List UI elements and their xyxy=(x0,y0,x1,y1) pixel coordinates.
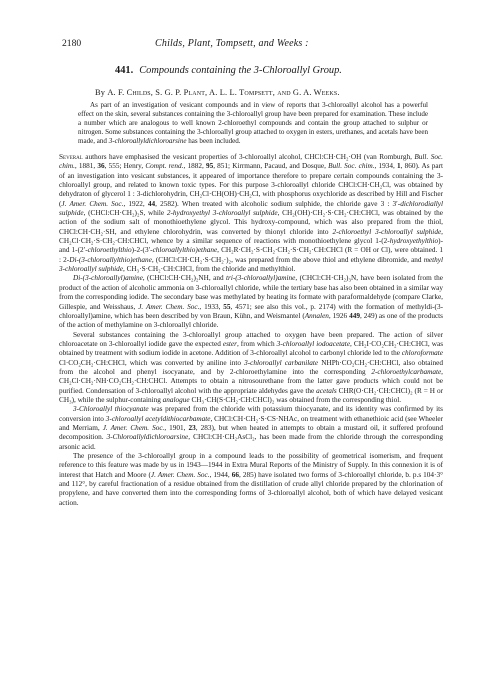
text: authors have emphasised the vesicant pro… xyxy=(83,153,415,161)
text: )-2-(3′- xyxy=(132,246,153,254)
byline-authors: A. F. Childs, S. G. P. Plant, A. L. L. T… xyxy=(107,88,339,97)
paragraph-1: Several authors have emphasised the vesi… xyxy=(59,153,443,274)
compound-name: 3-chloroallyl acetyldithiocarbamate xyxy=(106,415,211,423)
journal-ref: Compt. rend. xyxy=(145,162,183,170)
page-number: 2180 xyxy=(62,38,81,49)
compound-name: analogue xyxy=(163,396,190,404)
text: , 1934, xyxy=(375,162,397,170)
volume: 66 xyxy=(232,471,239,479)
journal-ref: J. Amer. Chem. Soc. xyxy=(61,200,123,208)
text: , 1933, xyxy=(199,303,223,311)
text: , 1944, xyxy=(210,471,232,479)
compound-name: 2-chloroethylcarbamate xyxy=(371,368,441,376)
byline: By A. F. Childs, S. G. P. Plant, A. L. L… xyxy=(95,88,340,97)
journal-ref: J. Amer. Chem. Soc. xyxy=(103,424,165,432)
text: , 1881, xyxy=(75,162,97,170)
running-head: 2180 Childs, Plant, Tompsett, and Weeks … xyxy=(59,38,443,52)
text: , 1926 xyxy=(329,312,349,320)
text: , 1901, xyxy=(164,424,188,432)
compound-name: chloroethylthio xyxy=(88,246,132,254)
volume: 55 xyxy=(223,303,230,311)
text: CH₃·CH(S·CH₂·CH:CHCl)₂ was obtained from… xyxy=(190,396,401,404)
abstract: As part of an investigation of vesicant … xyxy=(78,101,428,146)
text: , (CHCl:CH·CH₂)₂NH, and xyxy=(143,274,226,282)
text: cyanate, and by 2-chloroethylamine into … xyxy=(171,368,372,376)
compound-name: 3-Chloroallyl thiocyanate xyxy=(73,405,149,413)
journal-ref: Annalen xyxy=(305,312,329,320)
abstract-text-end: has been included. xyxy=(187,137,241,145)
abstract-paragraph: As part of an investigation of vesicant … xyxy=(78,101,428,146)
compound-name: acetals xyxy=(316,387,337,395)
text: Cl·CO₂CH₂·CH:CHCl, which was converted b… xyxy=(59,359,244,367)
article-number: 441. xyxy=(115,65,133,76)
running-head-authors: Childs, Plant, Tompsett, and Weeks : xyxy=(155,38,309,49)
lead-word: Several xyxy=(59,153,83,161)
paragraph-4: 3-Chloroallyl thiocyanate was prepared f… xyxy=(59,405,443,452)
journal-ref: J. Amer. Chem. Soc. xyxy=(138,303,199,311)
compound-name: 2-hydroxyethyl 3-chloroallyl sulphide xyxy=(167,209,278,217)
compound-name: 2-chloroethyl 3-chloroallyl sulphide xyxy=(332,228,441,236)
compound-name: Di-(3-chloroallylthio)ethane xyxy=(69,256,152,264)
compound-name: hydroxyethylthio xyxy=(390,237,438,245)
compound-name: chloroallylthio)ethane xyxy=(153,246,218,254)
volume: 449 xyxy=(349,312,360,320)
text: , 1922, xyxy=(123,200,147,208)
text: , 851; Kirrmann, Pacaud, and Dosque, xyxy=(213,162,328,170)
text: , (CHCl:CH·CH₂)₂S, while xyxy=(84,209,167,217)
text: , (CHCl:CH·CH₂·S·CH₂·)₂, was prepared fr… xyxy=(152,256,424,264)
volume: 36 xyxy=(97,162,104,170)
compound-name: 3-chloroallyl iodoacetate xyxy=(277,340,350,348)
journal-ref: J. Amer. Chem. Soc. xyxy=(151,471,210,479)
compound-name: 3-Chloroallyldichloroarsine xyxy=(107,433,189,441)
paragraph-2: Di-(3-chloroallyl)amine, (CHCl:CH·CH₂)₂N… xyxy=(59,274,443,330)
article-title-text: Compounds containing the 3-Chloroallyl G… xyxy=(139,65,342,76)
article-body: Several authors have emphasised the vesi… xyxy=(59,153,443,508)
byline-prefix: By xyxy=(95,88,105,97)
volume: 23 xyxy=(189,424,196,432)
text: , 555; Henry, xyxy=(105,162,146,170)
compound-name: 3-chloroallyl carbanilate xyxy=(244,359,318,367)
article-title: 441.Compounds containing the 3-Chloroall… xyxy=(115,65,342,76)
compound-name: tri-(3-chloroallyl)amine xyxy=(226,274,295,282)
abstract-compound: 3-chloroallyldichloroarsine xyxy=(109,137,187,145)
compound-name: Di-(3-chloroallyl)amine xyxy=(73,274,143,282)
text: , 1882, xyxy=(183,162,205,170)
text: , 2582). When treated with alcoholic sod… xyxy=(155,200,400,208)
compound-name: chloroformate xyxy=(402,349,443,357)
journal-ref: Bull. Soc. chim. xyxy=(328,162,374,170)
text: , from which xyxy=(237,340,277,348)
paragraph-5: The presence of the 3-chloroallyl group … xyxy=(59,452,443,508)
paragraph-3: Several substances containing the 3-chlo… xyxy=(59,331,443,406)
text: , CH₃·S·CH₂·CH:CHCl, from the chloride a… xyxy=(123,265,295,273)
compound-name: ester xyxy=(223,340,237,348)
iso-prefix: iso xyxy=(162,368,170,376)
